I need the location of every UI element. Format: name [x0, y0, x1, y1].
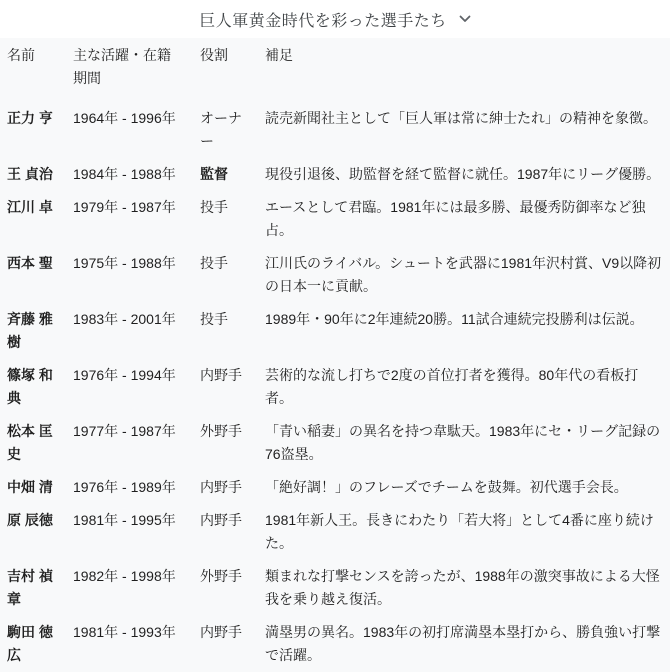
- player-name: 篠塚 和典: [7, 367, 53, 406]
- table-row: 松本 匡史 1977年 - 1987年 外野手 「青い稲妻」の異名を持つ韋駄天。…: [7, 415, 665, 471]
- column-header-name: 名前: [7, 38, 73, 102]
- player-role: 監督: [200, 166, 228, 182]
- player-note: エースとして君臨。1981年には最多勝、最優秀防御率など独占。: [265, 199, 645, 238]
- player-role: 投手: [200, 255, 228, 271]
- player-note: 江川氏のライバル。シュートを武器に1981年沢村賞、V9以降初の日本一に貢献。: [265, 255, 661, 294]
- player-note: 芸術的な流し打ちで2度の首位打者を獲得。80年代の看板打者。: [265, 367, 638, 406]
- player-role: オーナー: [200, 110, 242, 149]
- player-name: 王 貞治: [7, 166, 53, 182]
- player-role: 内野手: [200, 479, 242, 495]
- player-period: 1976年 - 1994年: [73, 367, 176, 383]
- collapse-toggle-button[interactable]: [459, 15, 471, 23]
- player-note: 1981年新人王。長きにわたり「若大将」として4番に座り続けた。: [265, 512, 654, 551]
- players-table-body: 正力 亨 1964年 - 1996年 オーナー 読売新聞社主として「巨人軍は常に…: [7, 102, 665, 672]
- player-role: 内野手: [200, 367, 242, 383]
- player-role: 投手: [200, 199, 228, 215]
- player-note: 「青い稲妻」の異名を持つ韋駄天。1983年にセ・リーグ記録の76盗塁。: [265, 423, 660, 462]
- player-role: 内野手: [200, 624, 242, 640]
- table-row: 西本 聖 1975年 - 1988年 投手 江川氏のライバル。シュートを武器に1…: [7, 247, 665, 303]
- title-bar: 巨人軍黄金時代を彩った選手たち: [0, 0, 670, 38]
- player-period: 1976年 - 1989年: [73, 479, 176, 495]
- player-name: 松本 匡史: [7, 423, 53, 462]
- player-role: 内野手: [200, 512, 242, 528]
- players-table: 名前 主な活躍・在籍期間 役割 補足 正力 亨 1964年 - 1996年 オー…: [7, 38, 665, 672]
- player-period: 1984年 - 1988年: [73, 166, 176, 182]
- player-name: 江川 卓: [7, 199, 53, 215]
- player-note: 類まれな打撃センスを誇ったが、1988年の激突事故による大怪我を乗り越え復活。: [265, 568, 660, 607]
- table-row: 原 辰徳 1981年 - 1995年 内野手 1981年新人王。長きにわたり「若…: [7, 504, 665, 560]
- table-row: 正力 亨 1964年 - 1996年 オーナー 読売新聞社主として「巨人軍は常に…: [7, 102, 665, 158]
- player-period: 1982年 - 1998年: [73, 568, 176, 584]
- player-period: 1975年 - 1988年: [73, 255, 176, 271]
- chevron-down-icon: [459, 15, 471, 23]
- table-row: 斉藤 雅樹 1983年 - 2001年 投手 1989年・90年に2年連続20勝…: [7, 303, 665, 359]
- table-header-row: 名前 主な活躍・在籍期間 役割 補足: [7, 38, 665, 102]
- player-name: 原 辰徳: [7, 512, 53, 528]
- player-note: 満塁男の異名。1983年の初打席満塁本塁打から、勝負強い打撃で活躍。: [265, 624, 660, 663]
- player-period: 1964年 - 1996年: [73, 110, 176, 126]
- player-role: 外野手: [200, 423, 242, 439]
- player-name: 中畑 清: [7, 479, 53, 495]
- player-note: 読売新聞社主として「巨人軍は常に紳士たれ」の精神を象徴。: [265, 110, 657, 126]
- table-row: 王 貞治 1984年 - 1988年 監督 現役引退後、助監督を経て監督に就任。…: [7, 158, 665, 191]
- column-header-period: 主な活躍・在籍期間: [73, 38, 200, 102]
- player-period: 1981年 - 1993年: [73, 624, 176, 640]
- table-row: 篠塚 和典 1976年 - 1994年 内野手 芸術的な流し打ちで2度の首位打者…: [7, 359, 665, 415]
- table-row: 江川 卓 1979年 - 1987年 投手 エースとして君臨。1981年には最多…: [7, 191, 665, 247]
- column-header-note: 補足: [265, 38, 665, 102]
- player-name: 西本 聖: [7, 255, 53, 271]
- player-role: 投手: [200, 311, 228, 327]
- player-period: 1977年 - 1987年: [73, 423, 176, 439]
- page-title: 巨人軍黄金時代を彩った選手たち: [199, 8, 447, 31]
- player-name: 駒田 徳広: [7, 624, 53, 663]
- player-period: 1981年 - 1995年: [73, 512, 176, 528]
- player-role: 外野手: [200, 568, 242, 584]
- table-row: 駒田 徳広 1981年 - 1993年 内野手 満塁男の異名。1983年の初打席…: [7, 616, 665, 672]
- table-row: 中畑 清 1976年 - 1989年 内野手 「絶好調！」のフレーズでチームを鼓…: [7, 471, 665, 504]
- column-header-role: 役割: [200, 38, 265, 102]
- player-period: 1979年 - 1987年: [73, 199, 176, 215]
- player-note: 「絶好調！」のフレーズでチームを鼓舞。初代選手会長。: [265, 479, 628, 495]
- player-period: 1983年 - 2001年: [73, 311, 176, 327]
- page: 巨人軍黄金時代を彩った選手たち 名前 主な活躍・在籍期間 役割: [0, 0, 670, 672]
- player-name: 斉藤 雅樹: [7, 311, 53, 350]
- player-note: 1989年・90年に2年連続20勝。11試合連続完投勝利は伝説。: [265, 311, 644, 327]
- player-name: 正力 亨: [7, 110, 53, 126]
- player-note: 現役引退後、助監督を経て監督に就任。1987年にリーグ優勝。: [265, 166, 660, 182]
- table-row: 吉村 禎章 1982年 - 1998年 外野手 類まれな打撃センスを誇ったが、1…: [7, 560, 665, 616]
- player-name: 吉村 禎章: [7, 568, 53, 607]
